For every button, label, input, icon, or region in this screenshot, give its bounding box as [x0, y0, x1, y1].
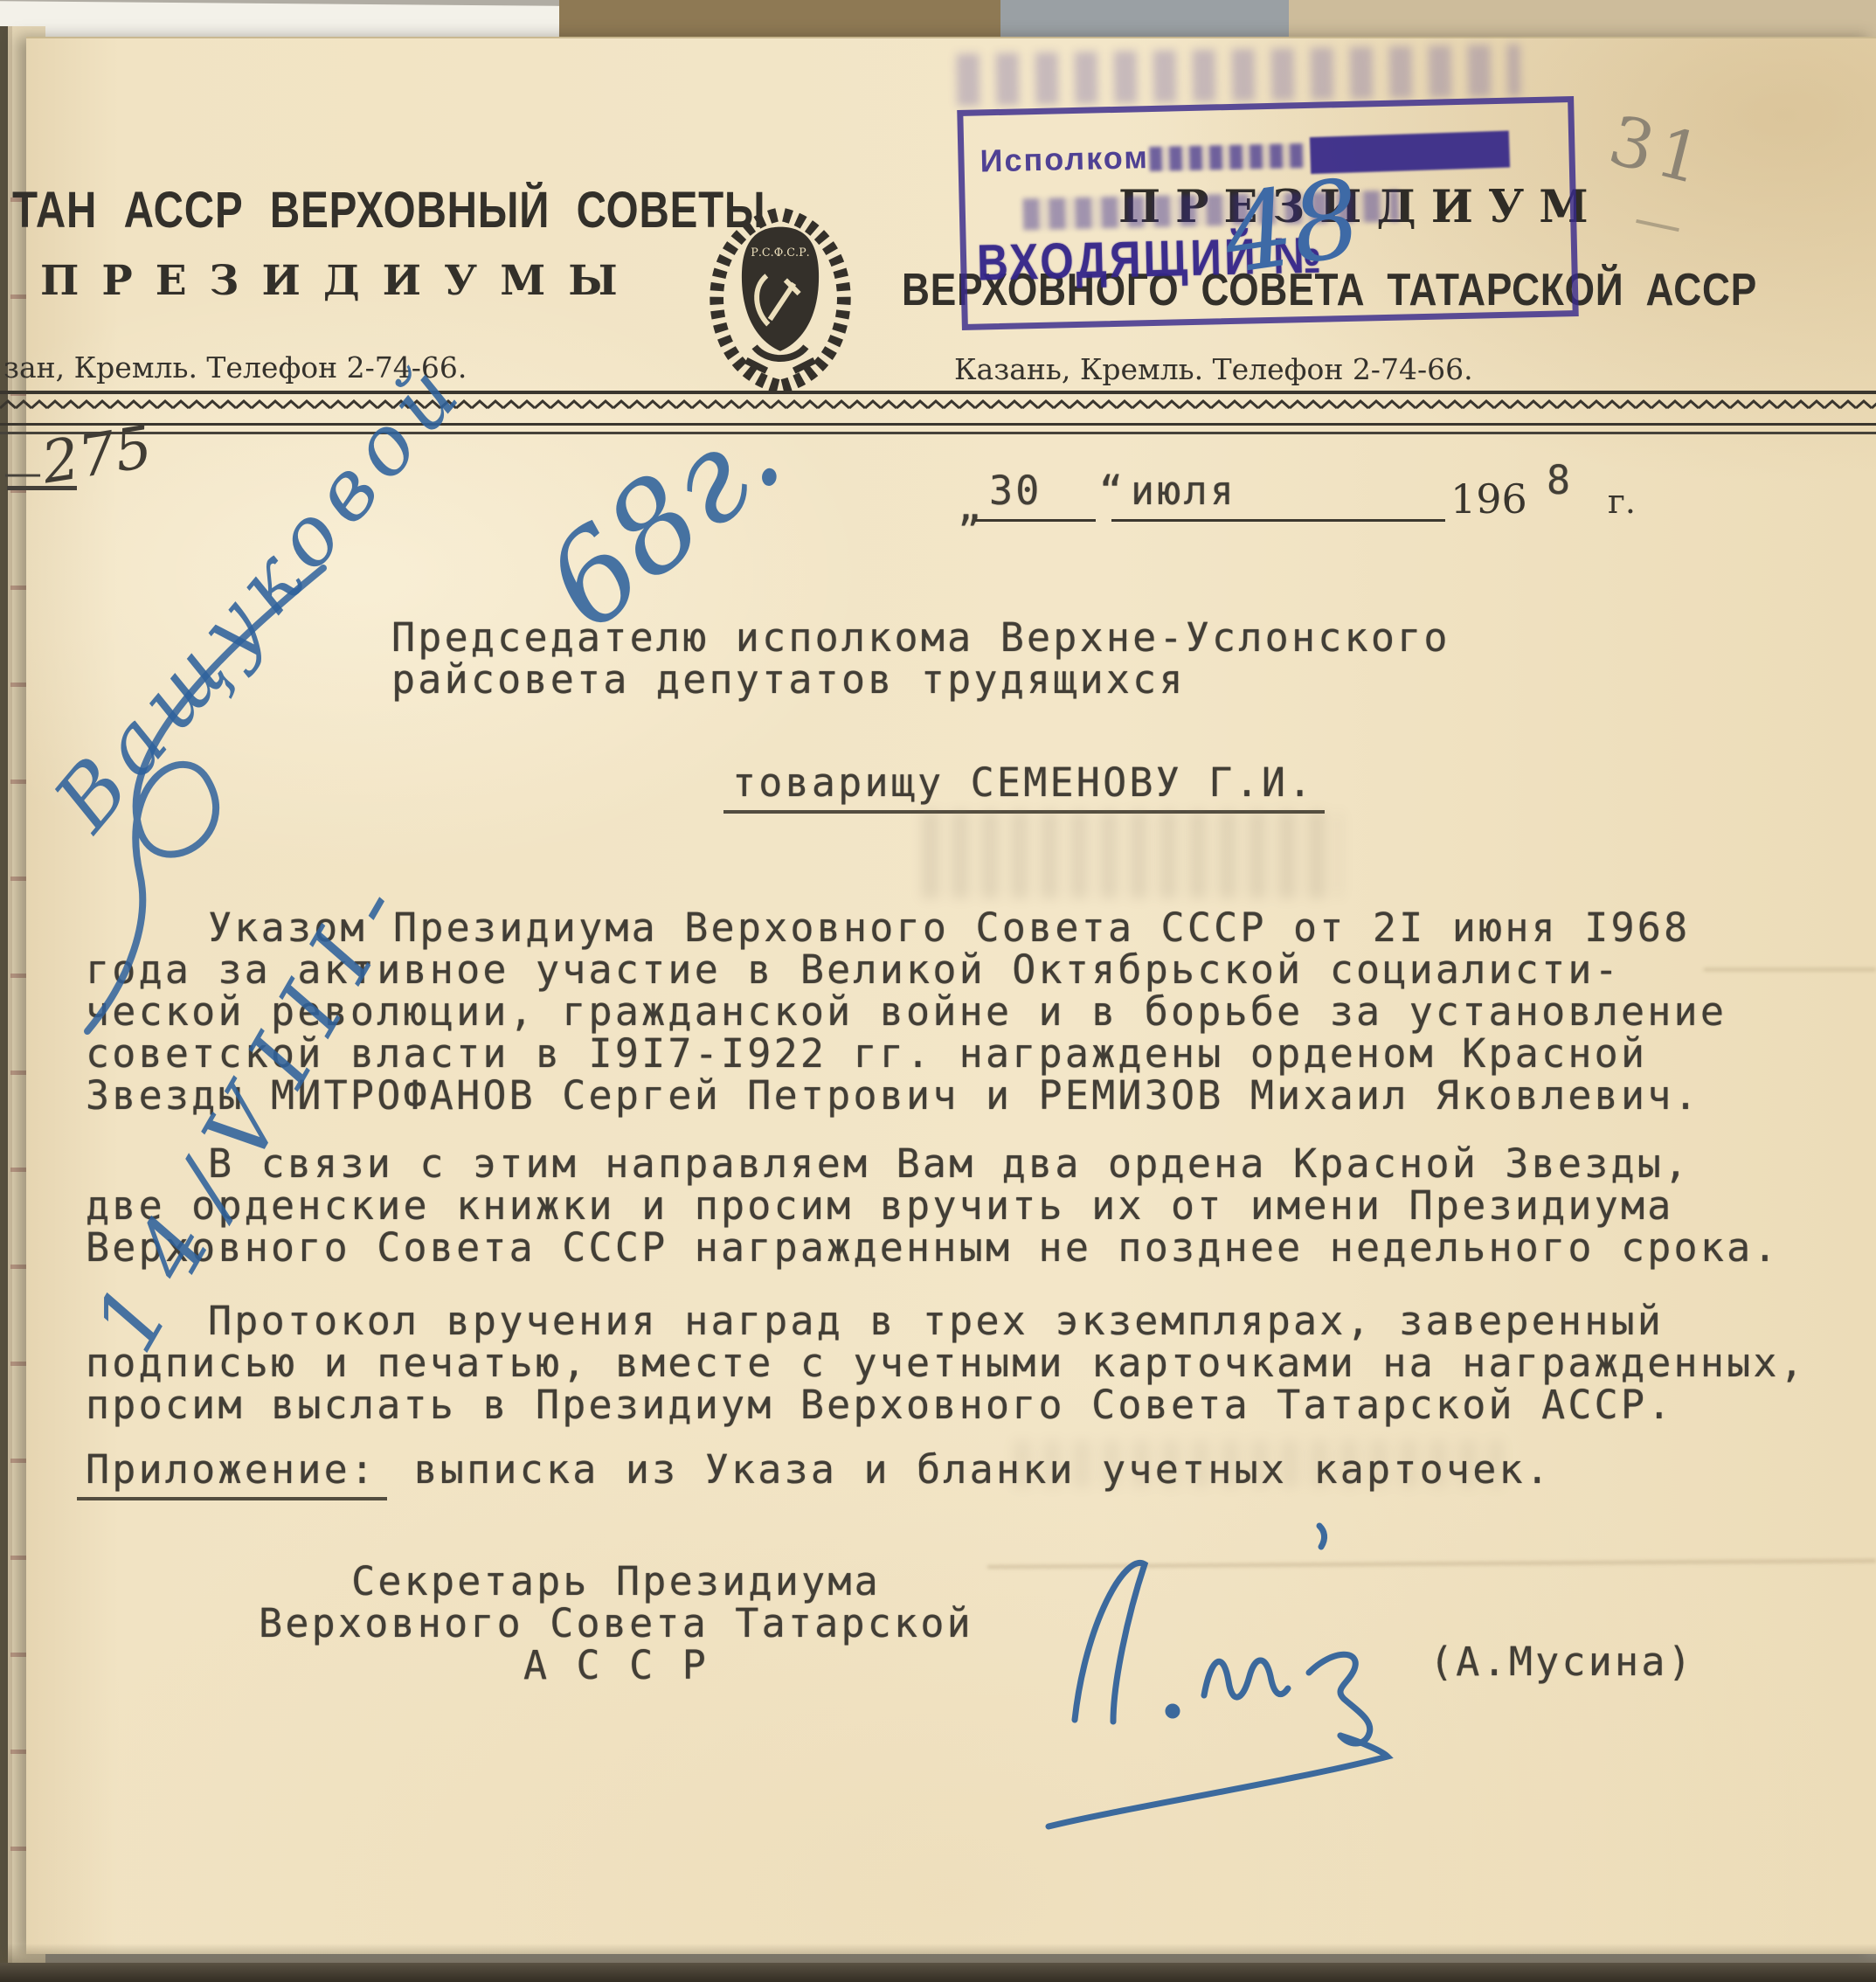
header-zigzag-rule — [0, 398, 1876, 411]
registration-line — [7, 486, 77, 490]
body-line: подписью и печатью, вместе с учетными ка… — [86, 1342, 1806, 1384]
letterhead-left-title: ТАН АССР ВЕРХОВНЫЙ СОВЕТЫ — [12, 185, 765, 236]
header-rule-bottom — [0, 432, 1876, 434]
signature-title-line: Секретарь Президиума — [253, 1561, 979, 1603]
tan-paper-edge — [1289, 0, 1876, 38]
stamp-ghost-print — [957, 44, 1521, 106]
letterhead-right-address: Казань, Кремль. Телефон 2-74-66. — [954, 355, 1473, 384]
grey-scanner-patch — [1000, 0, 1289, 38]
date-day-underline — [975, 519, 1096, 522]
date-month: июля — [1131, 470, 1236, 512]
date-day: 30 — [989, 470, 1042, 512]
signature-title-block: Секретарь Президиума Верховного Совета Т… — [253, 1561, 979, 1687]
date-month-underline — [1111, 519, 1445, 522]
attachment-paragraph: Приложение: выписка из Указа и бланки уч… — [86, 1449, 1552, 1491]
date-year-written: 8 — [1547, 460, 1573, 502]
body-line: Верховного Совета СССР награжденным не п… — [86, 1227, 1780, 1269]
body-paragraph-3: Протокол вручения наград в трех экземпля… — [86, 1300, 1806, 1426]
header-rule-top — [0, 391, 1876, 394]
scanned-letter-page: ТАН АССР ВЕРХОВНЫЙ СОВЕТЫ ПРЕЗИДИУМЫ зан… — [0, 0, 1876, 1982]
addressee-line: райсовета депутатов трудящихся — [391, 659, 1450, 701]
rsfsr-coat-of-arms-icon: Р.С.Ф.С.Р. — [695, 203, 866, 392]
crease-line — [1704, 968, 1876, 971]
svg-text:Р.С.Ф.С.Р.: Р.С.Ф.С.Р. — [751, 246, 809, 260]
signature-autograph — [987, 1501, 1459, 1842]
body-line: Протокол вручения наград в трех экземпля… — [86, 1300, 1806, 1342]
body-paragraph-2: В связи с этим направляем Вам два ордена… — [86, 1143, 1780, 1269]
date-quote-close: “ — [1099, 470, 1125, 512]
body-line: просим выслать в Президиум Верховного Со… — [86, 1384, 1806, 1426]
addressee-line: Председателю исполкома Верхне-Услонского — [391, 617, 1450, 659]
salutation: товарищу СЕМЕНОВУ Г.И. — [732, 762, 1325, 804]
bleed-through-smudge — [922, 811, 1341, 898]
stamp-org-text: Исполком — [980, 142, 1149, 177]
body-line: две орденские книжки и просим вручить их… — [86, 1185, 1780, 1227]
addressee-block: Председателю исполкома Верхне-Услонского… — [391, 617, 1450, 701]
signature-title-line: А С С Р — [253, 1645, 979, 1687]
incoming-stamp: Исполком ВХОДЯЩИЙ № 48 — [957, 96, 1579, 330]
brown-paper-edge — [559, 0, 1000, 42]
bottom-shadow — [0, 1944, 1876, 1963]
letterhead-left-subtitle: ПРЕЗИДИУМЫ — [40, 260, 640, 301]
body-line: В связи с этим направляем Вам два ордена… — [86, 1143, 1780, 1185]
salutation-text: товарищу СЕМЕНОВУ Г.И. — [723, 759, 1325, 814]
header-rule-mid — [0, 423, 1876, 426]
attachment-text: выписка из Указа и бланки учетных карточ… — [387, 1446, 1552, 1493]
stamp-entry-number: 48 — [1217, 164, 1367, 289]
typed-signature-name: (А.Мусина) — [1429, 1641, 1694, 1683]
signature-title-line: Верховного Совета Татарской — [253, 1603, 979, 1645]
attachment-label: Приложение: — [77, 1446, 387, 1500]
date-year-printed: 196 — [1450, 475, 1527, 523]
date-year-suffix: г. — [1608, 482, 1636, 521]
bottom-scan-edge — [0, 1963, 1876, 1982]
